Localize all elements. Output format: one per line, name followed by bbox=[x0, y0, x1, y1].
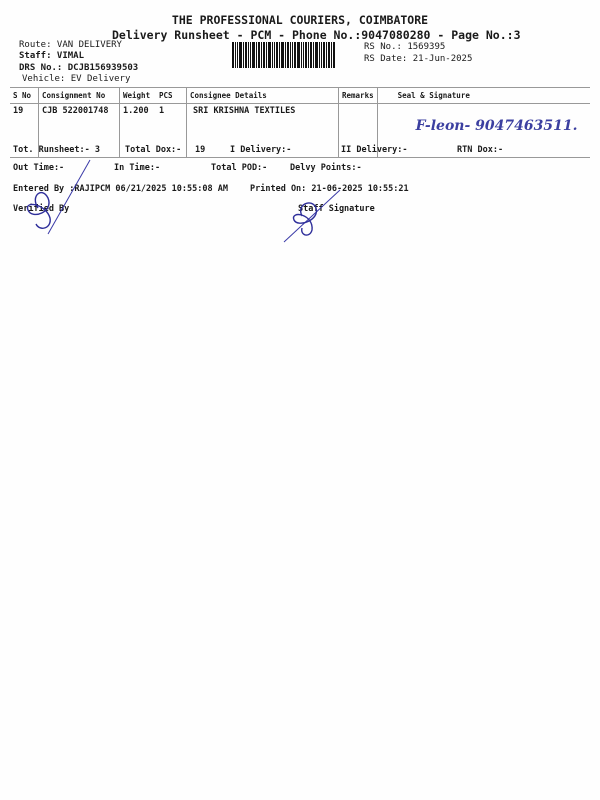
barcode-icon bbox=[232, 42, 359, 68]
col-pcs: PCS bbox=[156, 88, 187, 104]
staff-label: Staff: VIMAL bbox=[19, 51, 84, 61]
delvy-points: Delvy Points:- bbox=[290, 163, 362, 173]
vehicle-label: Vehicle: EV Delivery bbox=[22, 74, 130, 84]
rs-date: RS Date: 21-Jun-2025 bbox=[364, 54, 472, 64]
ii-delivery: II Delivery:- bbox=[341, 145, 408, 155]
rs-number: RS No.: 1569395 bbox=[364, 42, 445, 52]
verifier-signature-icon bbox=[20, 158, 110, 238]
route-label: Route: VAN DELIVERY bbox=[19, 40, 122, 50]
col-consignee: Consignee Details bbox=[187, 88, 339, 104]
drs-number: DRS No.: DCJB156939503 bbox=[19, 63, 138, 73]
tot-runsheet: Tot. Runsheet:- 3 bbox=[13, 145, 100, 155]
company-title: THE PROFESSIONAL COURIERS, COIMBATORE bbox=[0, 13, 600, 27]
table-header-row: S No Consignment No Weight PCS Consignee… bbox=[10, 88, 590, 104]
handwritten-signature: F-leon- 9047463511. bbox=[416, 118, 578, 134]
rtn-dox: RTN Dox:- bbox=[457, 145, 503, 155]
col-s-no: S No bbox=[10, 88, 39, 104]
total-pod: Total POD:- bbox=[211, 163, 267, 173]
total-dox-label: Total Dox:- bbox=[125, 145, 181, 155]
i-delivery: I Delivery:- bbox=[230, 145, 291, 155]
col-weight: Weight bbox=[120, 88, 157, 104]
col-seal-signature: Seal & Signature bbox=[377, 88, 590, 104]
in-time: In Time:- bbox=[114, 163, 160, 173]
col-consignment-no: Consignment No bbox=[39, 88, 120, 104]
col-remarks: Remarks bbox=[339, 88, 378, 104]
runsheet-subtitle: Delivery Runsheet - PCM - Phone No.:9047… bbox=[112, 28, 521, 42]
total-dox-value: 19 bbox=[195, 145, 205, 155]
staff-signature-icon bbox=[278, 186, 358, 248]
